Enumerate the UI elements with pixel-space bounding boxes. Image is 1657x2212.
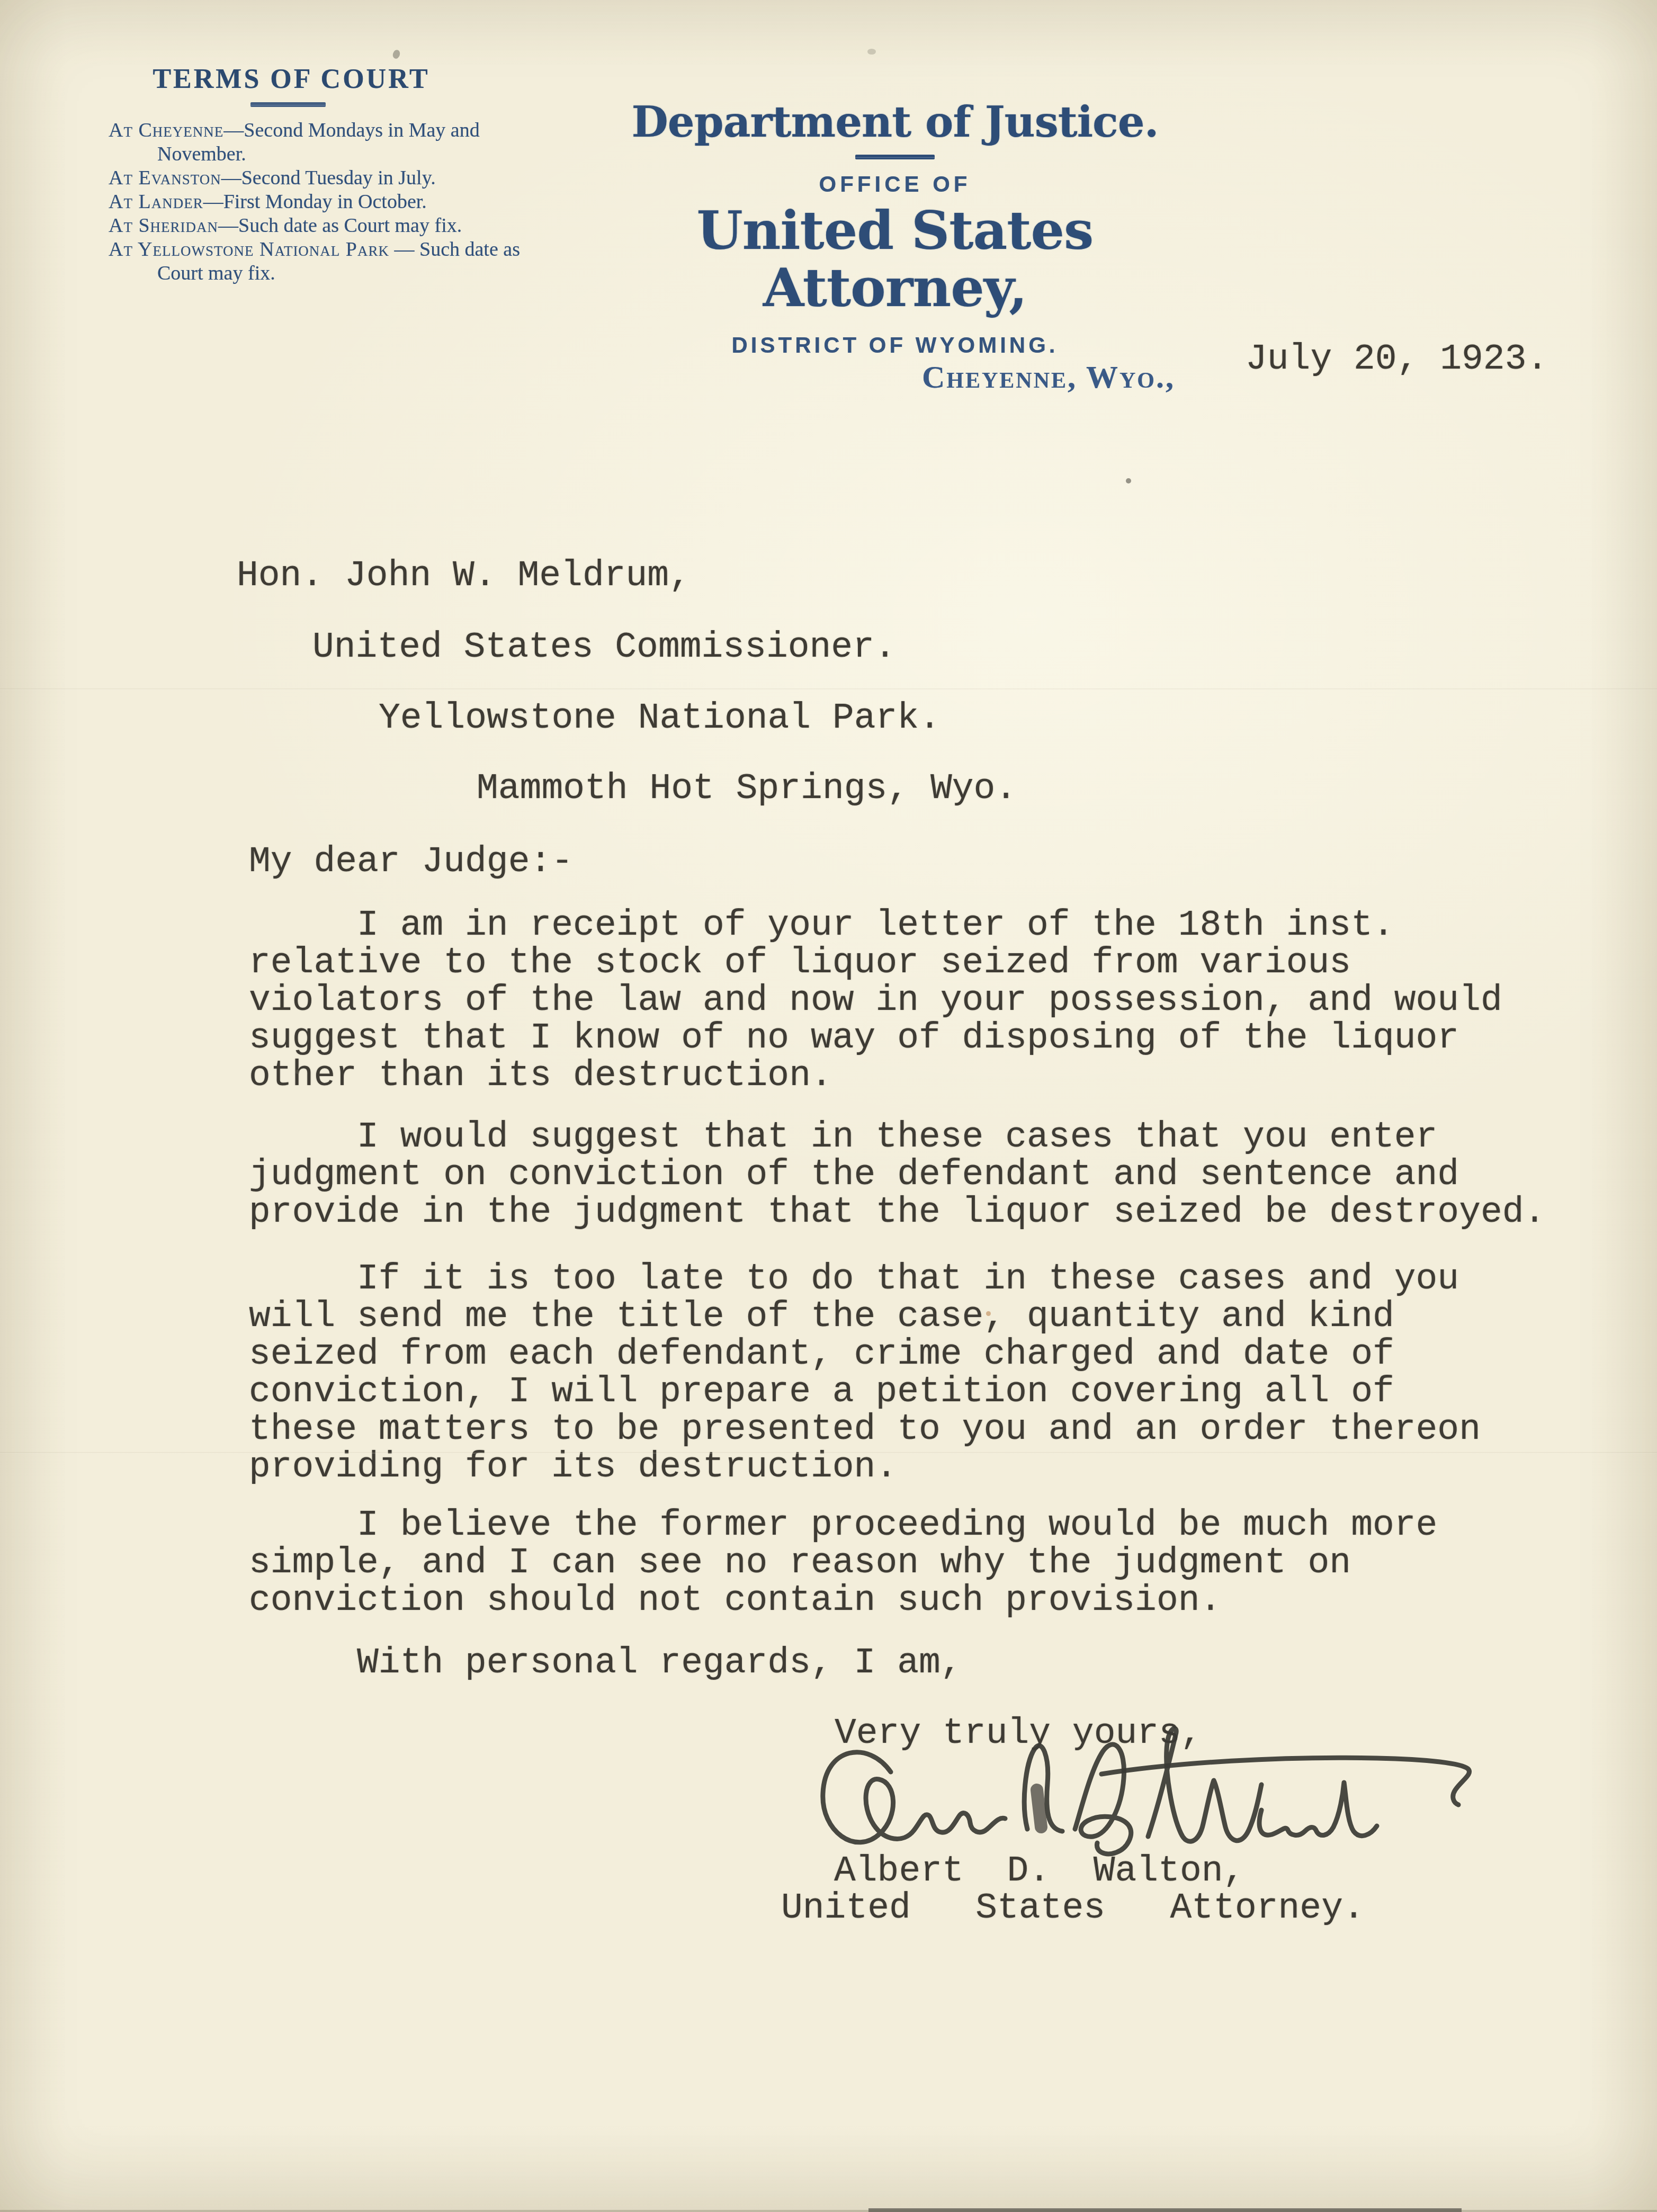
scan-bottom-shadow bbox=[868, 2208, 1462, 2212]
letterhead-department: Department of Justice. bbox=[577, 101, 1213, 143]
terms-of-court-list: At Cheyenne—Second Mondays in May and No… bbox=[109, 119, 532, 285]
letterhead-city: Cheyenne, Wyo., bbox=[922, 361, 1175, 393]
body-paragraph-1: I am in receipt of your letter of the 18… bbox=[249, 907, 1502, 1095]
paper-speck bbox=[1126, 478, 1131, 483]
term-place: At Lander bbox=[109, 191, 203, 213]
letterhead: Department of Justice. OFFICE OF United … bbox=[577, 101, 1213, 356]
paper-speck bbox=[392, 49, 401, 59]
term-place: At Sheridan bbox=[109, 214, 218, 237]
term-schedule: —First Monday in October. bbox=[203, 191, 427, 213]
letterhead-office-of: OFFICE OF bbox=[577, 173, 1213, 195]
body-paragraph-2: I would suggest that in these cases that… bbox=[249, 1118, 1545, 1231]
term-item-cheyenne: At Cheyenne—Second Mondays in May and No… bbox=[109, 119, 565, 166]
term-schedule: —Second Tuesday in July. bbox=[221, 167, 436, 189]
letterhead-office-name: United States Attorney, bbox=[577, 202, 1213, 316]
salutation: My dear Judge:- bbox=[249, 843, 573, 881]
body-paragraph-4: I believe the former proceeding would be… bbox=[249, 1507, 1437, 1619]
recipient-city: Mammoth Hot Springs, Wyo. bbox=[477, 770, 1017, 808]
terms-of-court-block: TERMS OF COURT At Cheyenne—Second Monday… bbox=[109, 64, 532, 285]
body-paragraph-3: If it is too late to do that in these ca… bbox=[249, 1260, 1481, 1486]
recipient-location: Yellowstone National Park. bbox=[379, 700, 941, 737]
term-place: At Cheyenne bbox=[109, 119, 223, 141]
letterhead-district: DISTRICT OF WYOMING. bbox=[577, 334, 1213, 356]
term-item-sheridan: At Sheridan—Such date as Court may fix. bbox=[109, 214, 565, 238]
paper-crease bbox=[0, 688, 1657, 690]
scan-bottom-edge bbox=[0, 2210, 1657, 2212]
sender-typed-title: United States Attorney. bbox=[781, 1889, 1365, 1927]
term-item-lander: At Lander—First Monday in October. bbox=[109, 190, 565, 214]
term-place: At Yellowstone National Park bbox=[109, 238, 389, 261]
paper-speck bbox=[867, 49, 876, 55]
term-item-yellowstone: At Yellowstone National Park — Such date… bbox=[109, 238, 565, 285]
closing-regards: With personal regards, I am, bbox=[249, 1644, 962, 1682]
letterhead-rule bbox=[855, 155, 935, 159]
letter-page: TERMS OF COURT At Cheyenne—Second Monday… bbox=[0, 0, 1657, 2212]
term-item-evanston: At Evanston—Second Tuesday in July. bbox=[109, 166, 565, 190]
sender-typed-name: Albert D. Walton, bbox=[834, 1852, 1244, 1890]
terms-of-court-title: TERMS OF COURT bbox=[109, 64, 474, 95]
recipient-title: United States Commissioner. bbox=[312, 629, 896, 666]
date-line: July 20, 1923. bbox=[1246, 341, 1548, 378]
terms-title-rule bbox=[250, 102, 326, 107]
term-schedule: —Such date as Court may fix. bbox=[218, 214, 462, 237]
term-place: At Evanston bbox=[109, 167, 221, 189]
recipient-name: Hon. John W. Meldrum, bbox=[237, 557, 691, 595]
